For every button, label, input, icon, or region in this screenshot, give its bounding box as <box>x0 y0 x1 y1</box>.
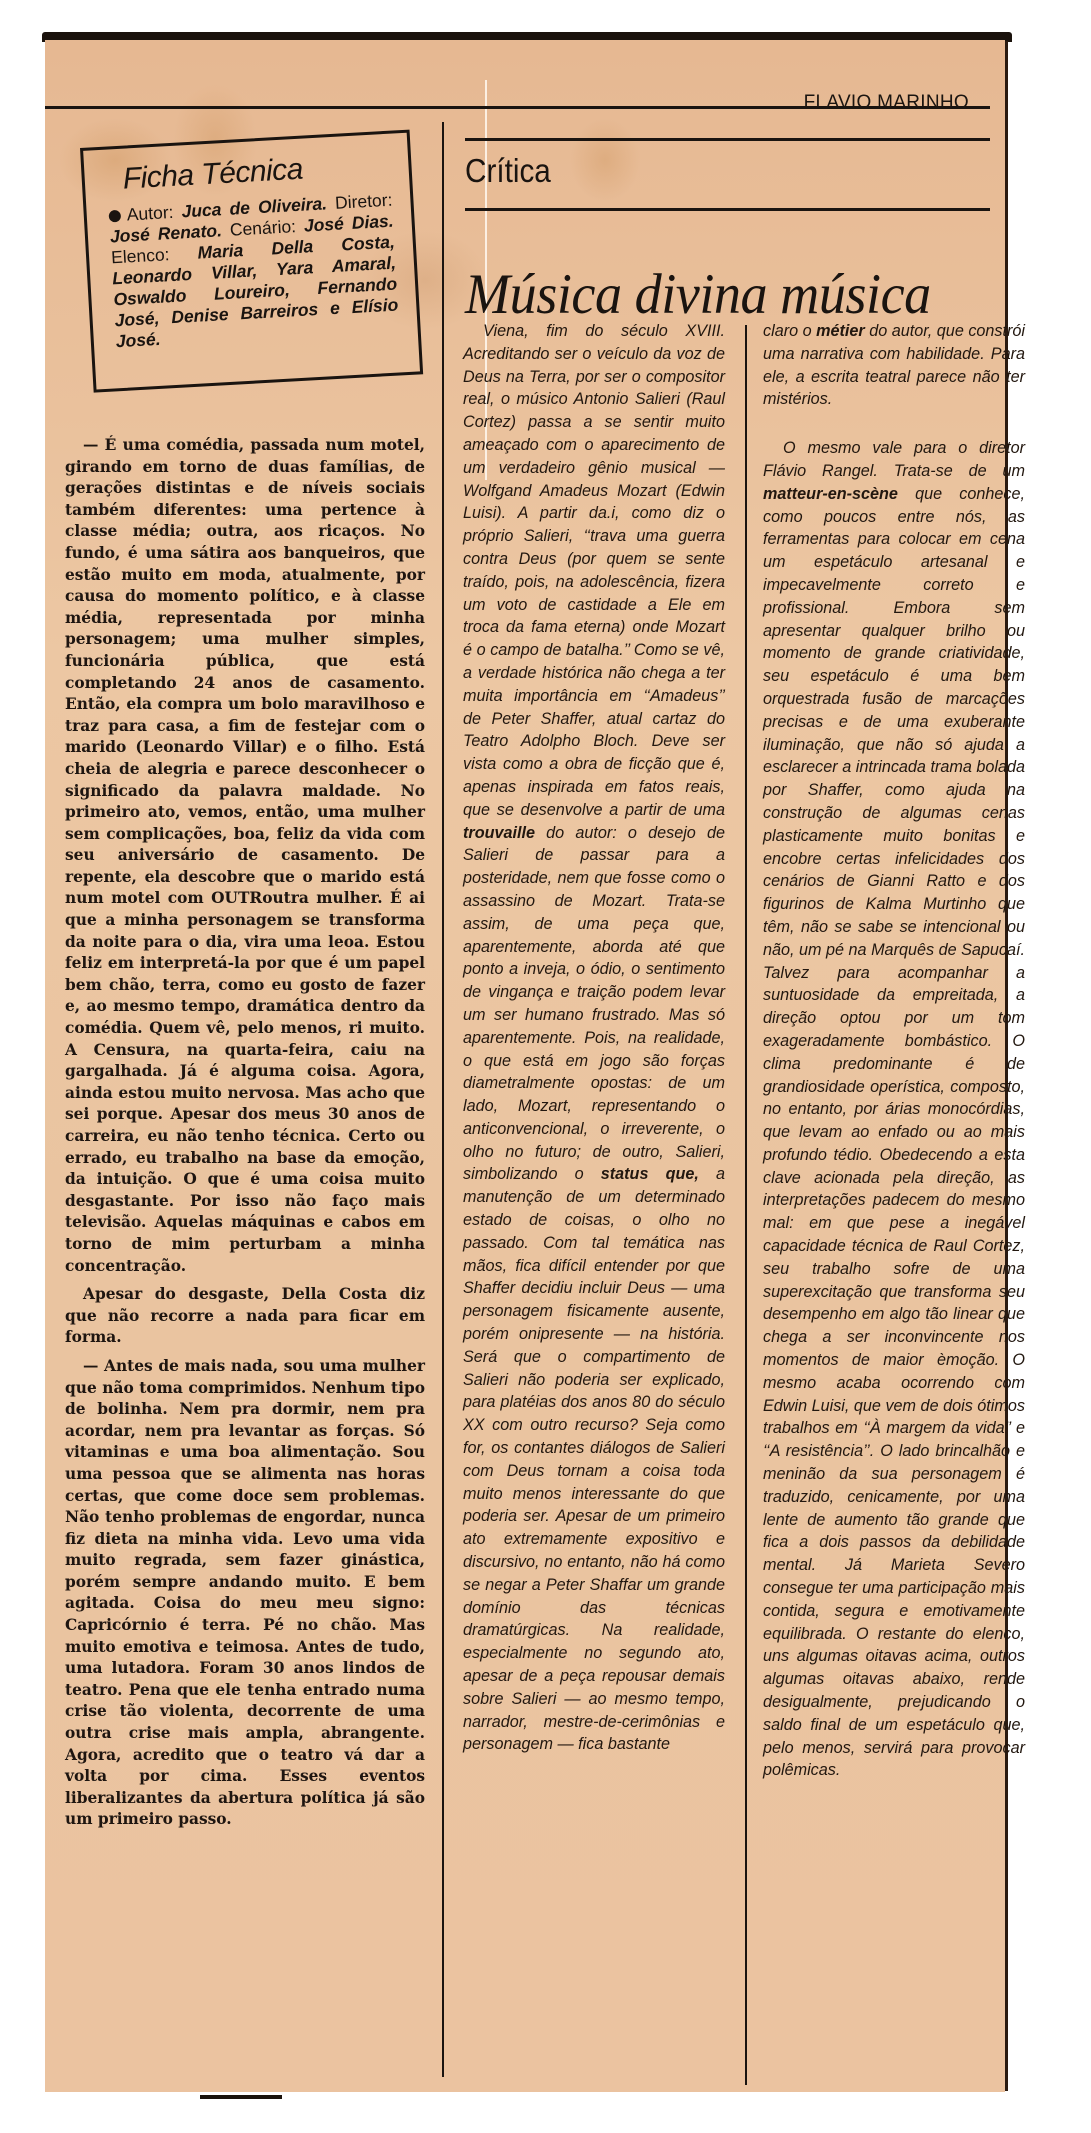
ficha-title: Ficha Técnica <box>122 148 391 197</box>
interview-paragraph: — É uma comédia, passada num motel, gira… <box>65 435 425 1277</box>
review-headline: Música divina música <box>465 262 978 327</box>
section-label: Crítica <box>465 152 551 190</box>
interview-paragraph: Apesar do desgaste, Della Costa diz que … <box>65 1284 425 1349</box>
interview-column: — É uma comédia, passada num motel, gira… <box>65 435 425 1838</box>
emphasis-trouvaille: trouvaille <box>463 824 535 842</box>
header-rule <box>45 106 990 109</box>
section-rule-top <box>465 138 990 141</box>
newspaper-clipping: FLAVIO MARINHO Ficha Técnica Autor: Juca… <box>45 40 1005 2092</box>
autor-label: Autor: <box>126 202 174 225</box>
section-rule-bottom <box>465 208 990 211</box>
column-divider-right <box>745 325 747 2085</box>
emphasis-metier: métier <box>816 322 865 340</box>
cenario-label: Cenário: <box>229 216 296 240</box>
bullet-icon <box>109 210 122 223</box>
diretor-label: Diretor: <box>335 190 393 213</box>
review-column-2: claro o métier do autor, que constrói um… <box>763 320 1025 1782</box>
emphasis-matteur-en-scene: matteur-en-scène <box>763 485 898 503</box>
review-text: claro o <box>763 322 812 340</box>
review-paragraph: O mesmo vale para o diretor Flávio Range… <box>763 437 1025 1782</box>
review-text: O mesmo vale para o diretor Flávio Range… <box>763 439 1025 480</box>
review-paragraph: claro o métier do autor, que constrói um… <box>763 320 1025 411</box>
review-text: Viena, fim do século XVIII. Acreditando … <box>463 322 725 819</box>
author-byline: FLAVIO MARINHO <box>804 92 969 114</box>
review-text: a manutenção de um determinado estado de… <box>463 1165 725 1753</box>
ficha-credits: Autor: Juca de Oliveira. Diretor: José R… <box>108 190 400 353</box>
review-column-1: Viena, fim do século XVIII. Acreditando … <box>463 320 725 1756</box>
review-paragraph: Viena, fim do século XVIII. Acreditando … <box>463 320 725 1756</box>
elenco-label: Elenco: <box>111 244 170 267</box>
review-text: que conhece, como poucos entre nós, as f… <box>763 485 1025 1780</box>
review-text: do autor: o desejo de Salieri de passar … <box>463 824 725 1184</box>
bottom-clip-edge <box>200 2095 282 2099</box>
ficha-tecnica-box: Ficha Técnica Autor: Juca de Oliveira. D… <box>80 130 423 393</box>
interview-paragraph: — Antes de mais nada, sou uma mulher que… <box>65 1356 425 1831</box>
emphasis-status-que: status que, <box>601 1165 699 1183</box>
column-divider-left <box>442 122 444 2077</box>
